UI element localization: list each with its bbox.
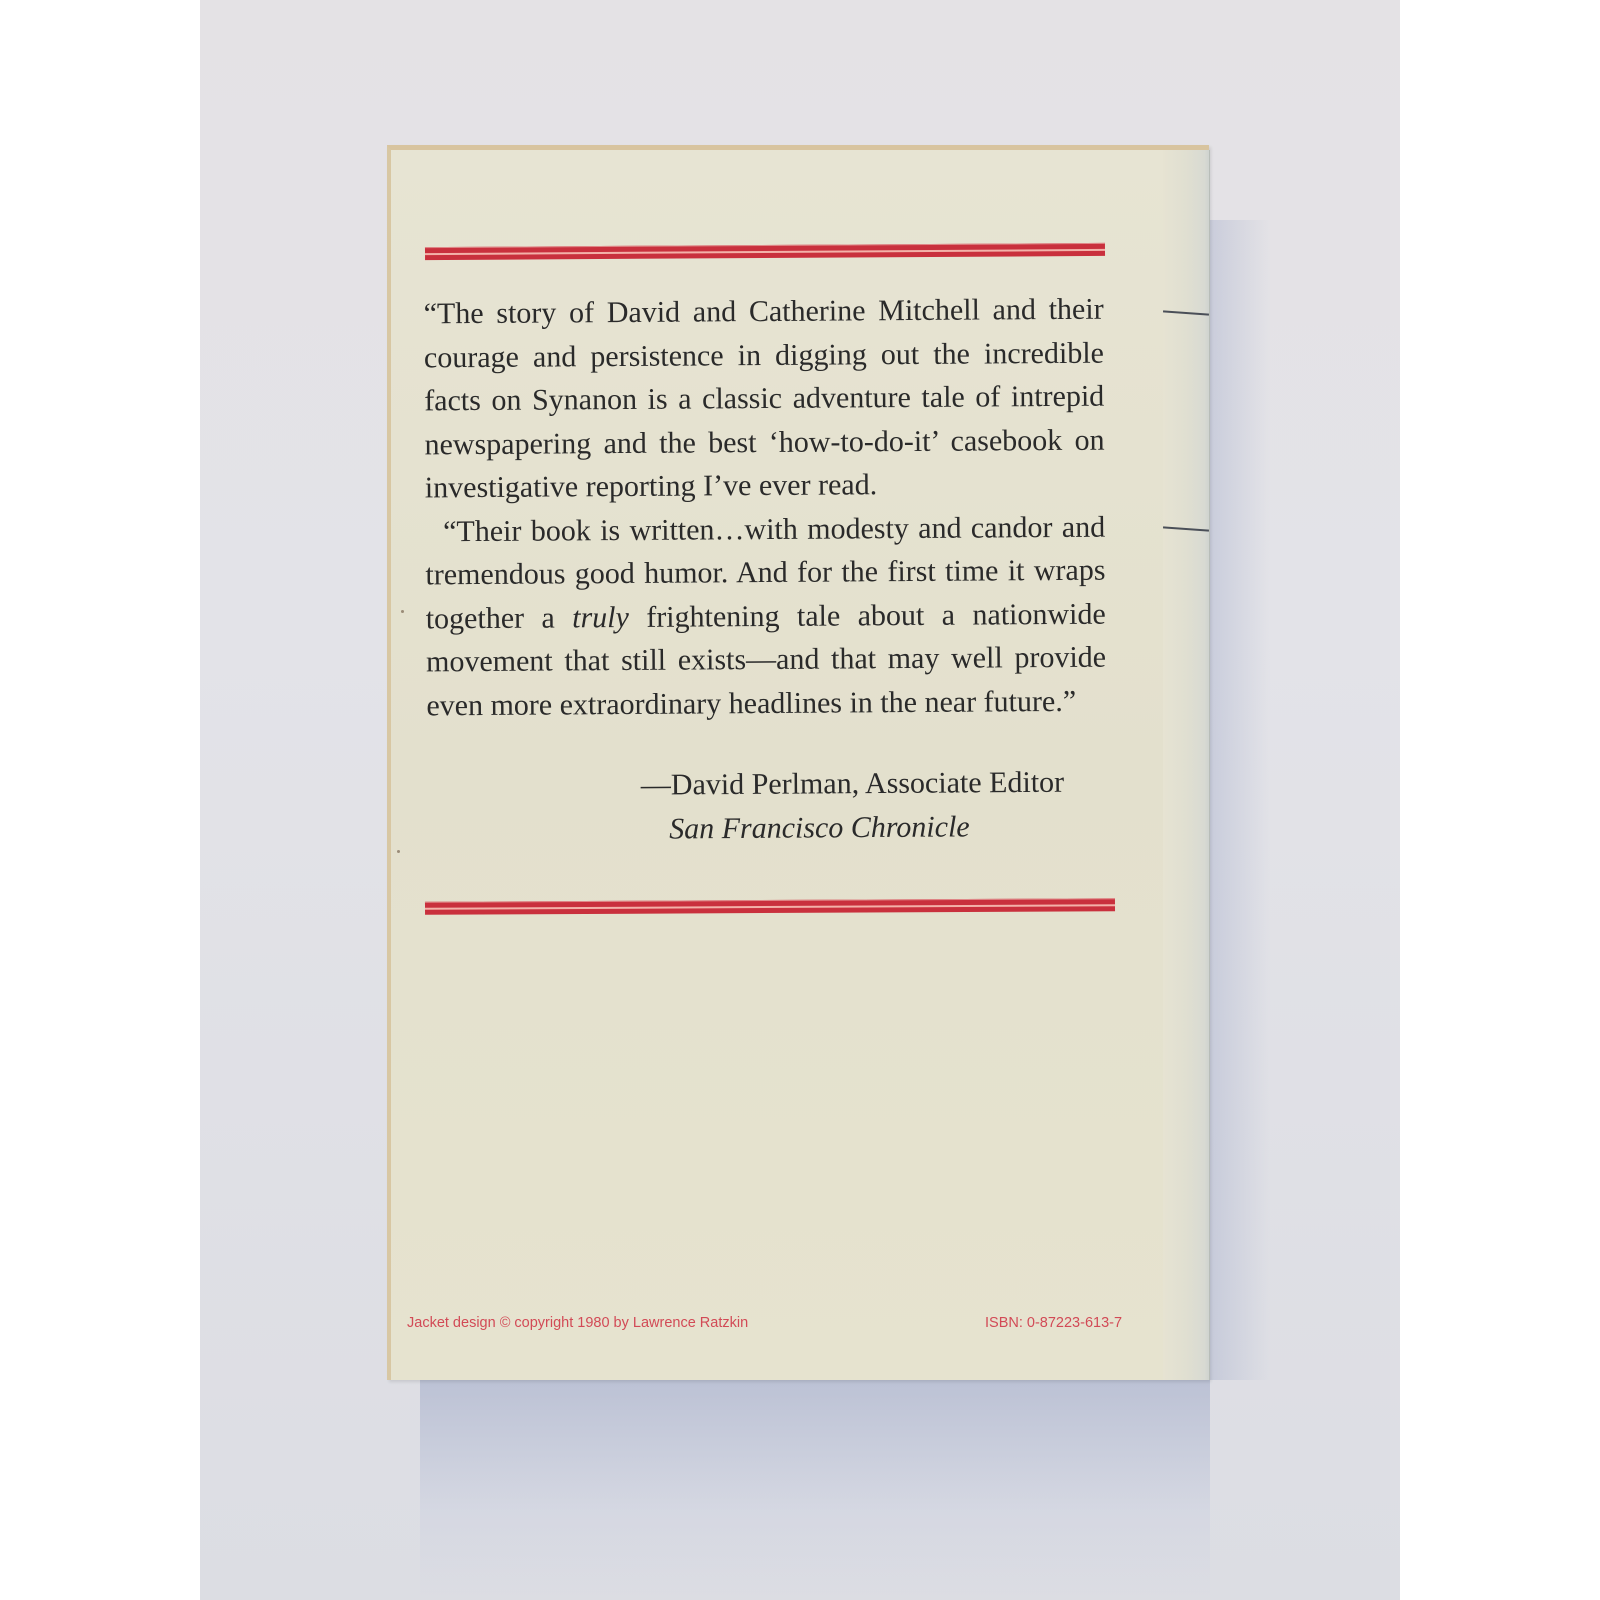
isbn-label: ISBN: 0-87223-613-7 <box>985 1315 1122 1331</box>
quote-text: “The story of David and Catherine Mitche… <box>424 293 1105 505</box>
paper-speck <box>401 610 404 613</box>
quote-emphasis: truly <box>572 600 629 633</box>
attribution-name: —David Perlman, Associate Editor <box>641 760 1111 807</box>
quote-paragraph-2: “Their book is written…with modesty and … <box>425 505 1107 727</box>
blurb-quote: “The story of David and Catherine Mitche… <box>423 288 1106 728</box>
jacket-fold <box>1163 150 1210 1380</box>
book-back-cover: “The story of David and Catherine Mitche… <box>387 145 1209 1380</box>
fold-mark <box>1163 526 1209 531</box>
quote-paragraph-1: “The story of David and Catherine Mitche… <box>423 288 1105 510</box>
book-shadow <box>420 1380 1210 1600</box>
quote-attribution: —David Perlman, Associate Editor San Fra… <box>641 760 1112 851</box>
attribution-publication: San Francisco Chronicle <box>641 804 1111 851</box>
fold-mark <box>1163 310 1209 315</box>
book-shadow-right <box>1210 220 1270 1380</box>
decorative-rule-bottom <box>425 898 1115 915</box>
decorative-rule-top <box>425 243 1105 260</box>
jacket-design-credit: Jacket design © copyright 1980 by Lawren… <box>407 1315 748 1331</box>
paper-speck <box>397 850 400 853</box>
